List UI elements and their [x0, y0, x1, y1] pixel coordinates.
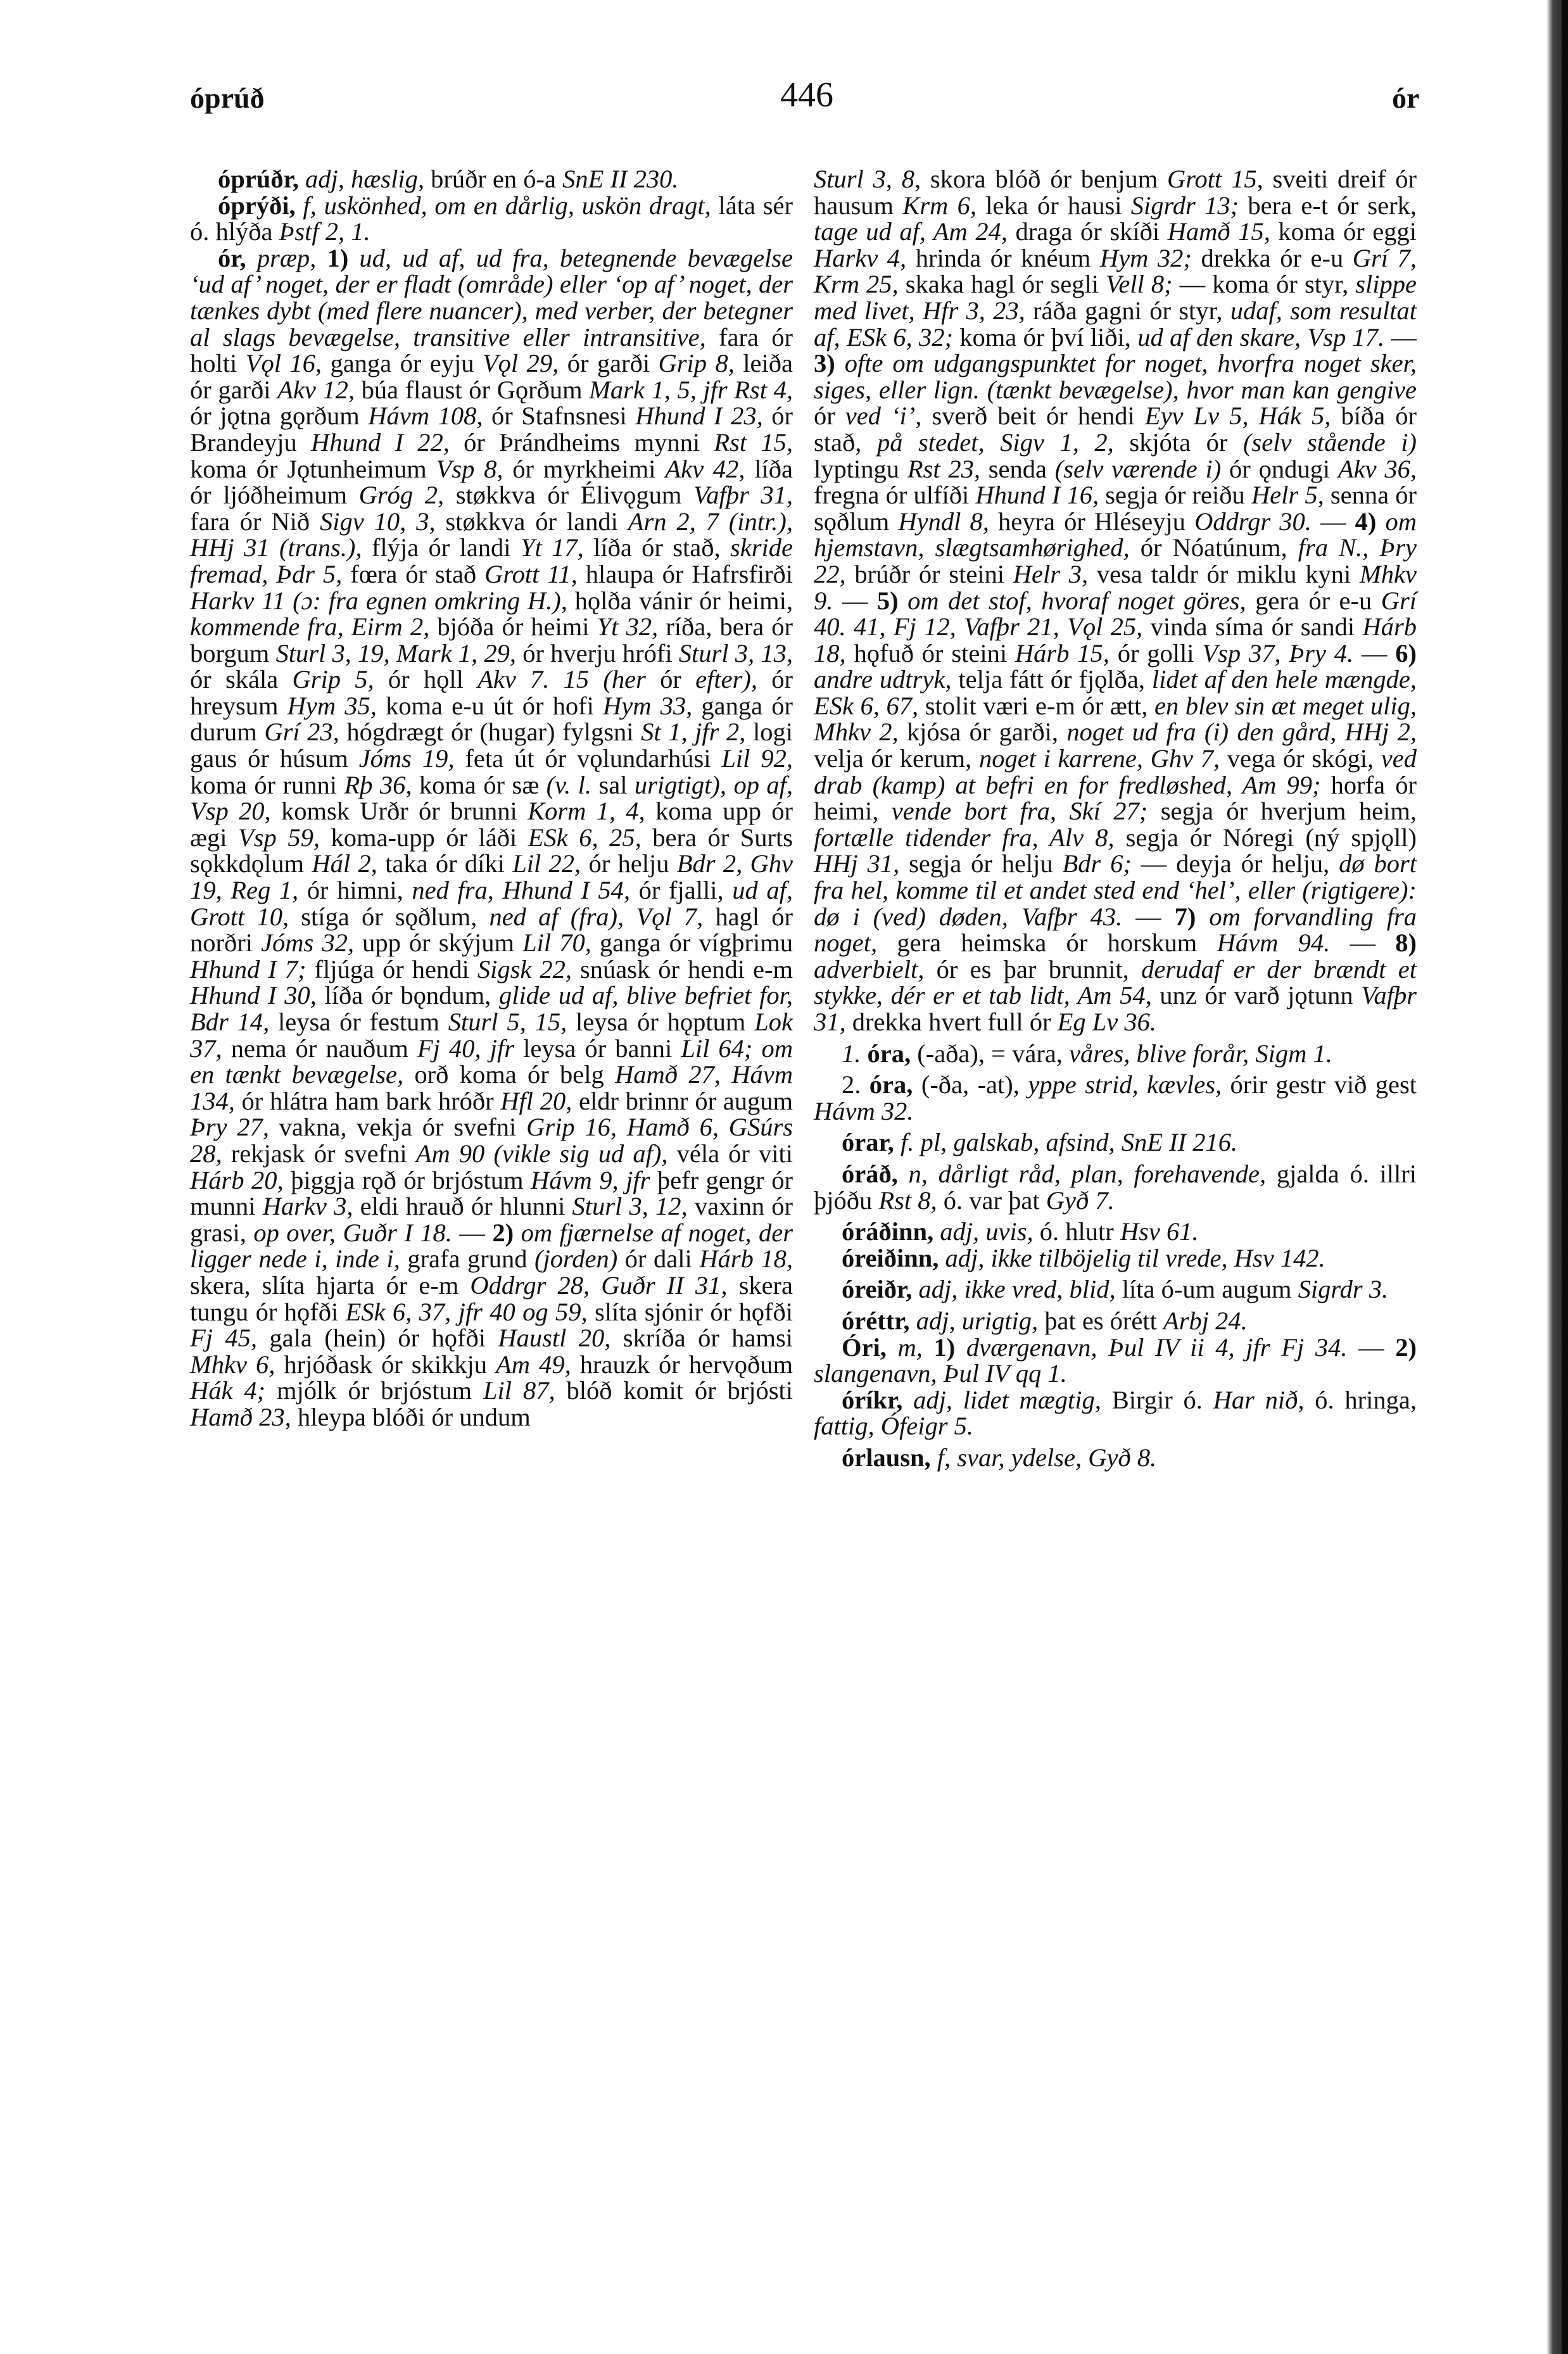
dictionary-entry: óríkr, adj, lidet mægtig, Birgir ó. Har …: [814, 1387, 1417, 1440]
dictionary-entry: óprúðr, adj, hæslig, brúðr en ó-a SnE II…: [190, 166, 793, 193]
dictionary-entry: Óri, m, 1) dværgenavn, Þul IV ii 4, jfr …: [814, 1334, 1417, 1387]
guide-word-left: óprúð: [190, 81, 265, 115]
dictionary-entry: 2. óra, (-ða, -at), yppe strid, kævles, …: [814, 1072, 1417, 1124]
page-number: 446: [780, 75, 833, 115]
right-column: Sturl 3, 8, skora blóð ór benjum Grott 1…: [814, 166, 1417, 1471]
dictionary-entry: óráð, n, dårligt råd, plan, forehavende,…: [814, 1161, 1417, 1213]
dictionary-entry: ór, præp, 1) ud, ud af, ud fra, betegnen…: [190, 245, 793, 1431]
scan-edge-border: [1562, 0, 1568, 2354]
guide-word-right: ór: [1392, 81, 1419, 115]
dictionary-entry: óreiðr, adj, ikke vred, blid, líta ó-um …: [814, 1276, 1417, 1303]
dictionary-entry: óréttr, adj, urigtig, þat es órétt Arbj …: [814, 1308, 1417, 1334]
dictionary-entry: óráðinn, adj, uvis, ó. hlutr Hsv 61.: [814, 1218, 1417, 1245]
left-column: óprúðr, adj, hæslig, brúðr en ó-a SnE II…: [190, 166, 793, 1431]
dictionary-entry: óreiðinn, adj, ikke tilböjelig til vrede…: [814, 1245, 1417, 1272]
dictionary-entry: Sturl 3, 8, skora blóð ór benjum Grott 1…: [814, 166, 1417, 1035]
dictionary-entry: 1. óra, (-aða), = vára, våres, blive for…: [814, 1041, 1417, 1067]
dictionary-entry: órlausn, f, svar, ydelse, Gyð 8.: [814, 1445, 1417, 1471]
dictionary-entry: óprýði, f, uskönhed, om en dårlig, uskön…: [190, 193, 793, 245]
dictionary-entry: órar, f. pl, galskab, afsind, SnE II 216…: [814, 1129, 1417, 1156]
